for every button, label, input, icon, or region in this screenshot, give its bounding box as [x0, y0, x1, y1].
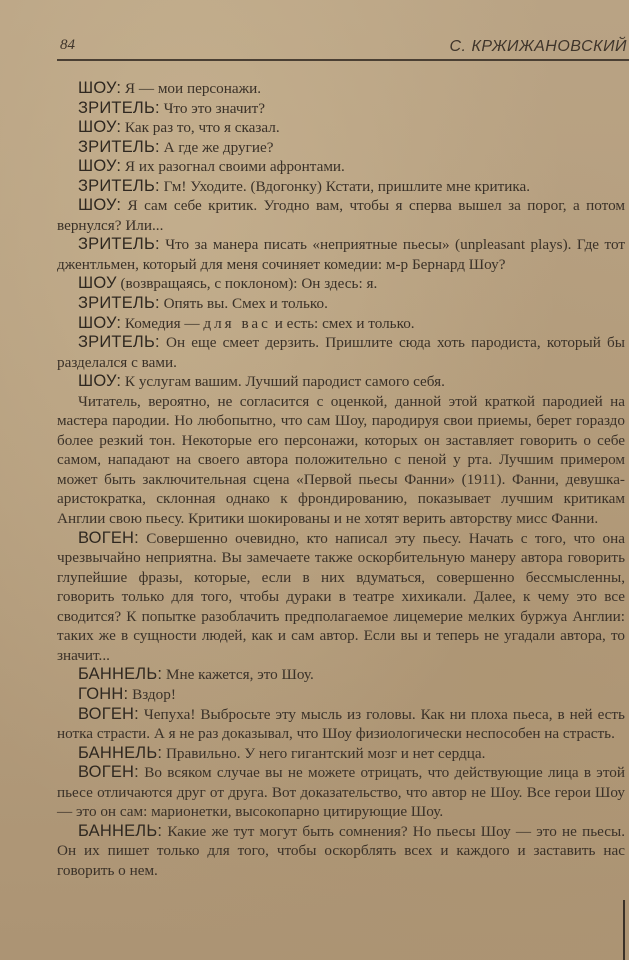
speaker-name: ШОУ: [78, 274, 117, 292]
emphasized-text: для вас: [203, 315, 271, 332]
dialogue-line: ЗРИТЕЛЬ: Опять вы. Смех и только.: [57, 294, 625, 314]
prose-paragraph: Читатель, вероятно, не согласится с оцен…: [57, 392, 625, 529]
speaker-name: ШОУ:: [78, 196, 121, 214]
speaker-name: БАННЕЛЬ:: [78, 822, 162, 840]
dialogue-line: ЗРИТЕЛЬ: Он еще смеет дерзить. Пришлите …: [57, 333, 625, 372]
dialogue-line: ЗРИТЕЛЬ: А где же другие?: [57, 138, 625, 158]
dialogue-line: БАННЕЛЬ: Какие же тут могут быть сомнени…: [57, 822, 625, 881]
dialogue-line: ВОГЕН: Во всяком случае вы не можете отр…: [57, 763, 625, 822]
dialogue-line: ШОУ: Я их разогнал своими афронтами.: [57, 157, 625, 177]
dialogue-line: ВОГЕН: Чепуха! Выбросьте эту мысль из го…: [57, 705, 625, 744]
header-rule: [57, 59, 629, 61]
speaker-name: ЗРИТЕЛЬ:: [78, 235, 160, 253]
speaker-name: ШОУ:: [78, 157, 121, 175]
speaker-name: ЗРИТЕЛЬ:: [78, 294, 160, 312]
page-header: 84 С. КРЖИЖАНОВСКИЙ: [57, 33, 629, 61]
speaker-name: ВОГЕН:: [78, 763, 139, 781]
dialogue-line: ЗРИТЕЛЬ: Гм! Уходите. (Вдогонку) Кстати,…: [57, 177, 625, 197]
dialogue-line: ШОУ: К услугам вашим. Лучший пародист са…: [57, 372, 625, 392]
speaker-name: ЗРИТЕЛЬ:: [78, 333, 160, 351]
speaker-name: ВОГЕН:: [78, 705, 139, 723]
speaker-name: ШОУ:: [78, 118, 121, 136]
speaker-name: ШОУ:: [78, 314, 121, 332]
speaker-name: ШОУ:: [78, 79, 121, 97]
dialogue-line: ВОГЕН: Совершенно очевидно, кто написал …: [57, 529, 625, 666]
page-number: 84: [60, 37, 75, 54]
speaker-name: БАННЕЛЬ:: [78, 665, 162, 683]
dialogue-line: ШОУ: Комедия — для вас и есть: смех и то…: [57, 314, 625, 334]
dialogue-line: ШОУ: Как раз то, что я сказал.: [57, 118, 625, 138]
book-page: 84 С. КРЖИЖАНОВСКИЙ ШОУ: Я — мои персона…: [0, 0, 629, 960]
page-edge-mark: [623, 900, 625, 960]
body-text: ШОУ: Я — мои персонажи. ЗРИТЕЛЬ: Что это…: [57, 79, 625, 880]
speaker-name: ЗРИТЕЛЬ:: [78, 177, 160, 195]
dialogue-line: ЗРИТЕЛЬ: Что за манера писать «неприятны…: [57, 235, 625, 274]
running-head: С. КРЖИЖАНОВСКИЙ: [450, 38, 628, 56]
dialogue-line: ШОУ: Я сам себе критик. Угодно вам, чтоб…: [57, 196, 625, 235]
speaker-name: ГОНН:: [78, 685, 128, 703]
dialogue-line: БАННЕЛЬ: Правильно. У него гигантский мо…: [57, 744, 625, 764]
speaker-name: ВОГЕН:: [78, 529, 139, 547]
dialogue-line: ГОНН: Вздор!: [57, 685, 625, 705]
dialogue-line: ШОУ: Я — мои персонажи.: [57, 79, 625, 99]
speaker-name: БАННЕЛЬ:: [78, 744, 162, 762]
dialogue-line: БАННЕЛЬ: Мне кажется, это Шоу.: [57, 665, 625, 685]
speaker-name: ШОУ:: [78, 372, 121, 390]
dialogue-line: ШОУ (возвращаясь, с поклоном): Он здесь:…: [57, 274, 625, 294]
speaker-name: ЗРИТЕЛЬ:: [78, 99, 160, 117]
dialogue-line: ЗРИТЕЛЬ: Что это значит?: [57, 99, 625, 119]
speaker-name: ЗРИТЕЛЬ:: [78, 138, 160, 156]
